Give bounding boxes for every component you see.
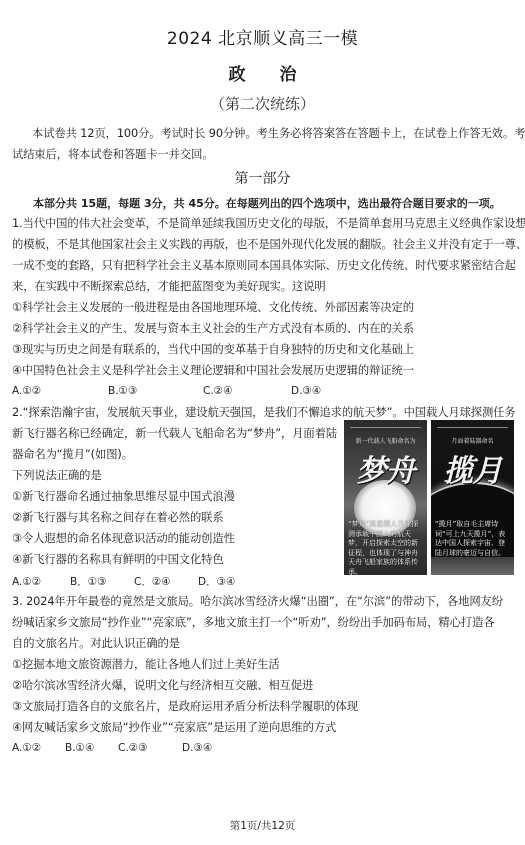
q1-stem-line: 一成不变的套路，只有把科学社会主义基本原则同本国具体实际、历史文化传统、时代要求…	[12, 259, 516, 273]
poster-body: “揽月”取自毛主席诗词“可上九天揽月”，表达中国人探索宇宙、登陆月球的豪迈与自信…	[435, 520, 510, 558]
q2-statement: ④新飞行器的名称具有鲜明的中国文化特色	[12, 553, 224, 567]
q1-choices: A.①②B.①③C.②④D.③④	[12, 385, 321, 397]
q2-stem-line: 2.“探索浩瀚宇宙，发展航天事业，建设航天强国，是我们不懈追求的航天梦”。中国载…	[12, 406, 516, 420]
poster-header: 月面着陆器命名	[431, 436, 514, 445]
subject-char-right: 治	[280, 60, 297, 85]
q2-stem-line: 新飞行器名称已经确定，新一代载人飞船命名为“梦舟”，月面着陆	[12, 427, 337, 441]
q2-statement: ③令人遐想的命名体现意识活动的能动创造性	[12, 532, 235, 546]
poster-divider	[350, 427, 421, 428]
subject-char-left: 政	[229, 60, 246, 85]
q1-choice-a: A.①②	[12, 385, 108, 397]
q1-statement: ④中国特色社会主义是科学社会主义理论逻辑和中国社会发展历史逻辑的辩证统一	[12, 364, 414, 378]
poster-mengzhou: 新一代载人飞船命名为 梦舟 “梦舟”寓意载人月球探测承载中国人的航天梦，开启探索…	[344, 420, 427, 575]
q3-statement: ③文旅局打造各自的文旅名片，是政府运用矛盾分析法科学履职的体现	[12, 700, 358, 714]
q1-statement: ③现实与历史之间是有联系的，当代中国的变革基于自身独特的历史和文化基础上	[12, 343, 414, 357]
q3-choice-a: A.①②	[12, 742, 65, 754]
q2-choice-a: A.①②	[12, 576, 70, 588]
q2-statement: ②新飞行器与其名称之间存在着必然的联系	[12, 511, 224, 525]
section-instructions: 本部分共 15题，每题 3分，共 45分。在每题列出的四个选项中，选出最符合题目…	[33, 195, 501, 211]
exam-title: 2024 北京顺义高三一模	[0, 24, 525, 49]
poster-lanyue: 月面着陆器命名 揽月 “揽月”取自毛主席诗词“可上九天揽月”，表达中国人探索宇宙…	[431, 420, 514, 575]
intro-line-2: 试结束后，将本试卷和答题卡一并交回。	[12, 148, 214, 162]
q2-statement: ①新飞行器命名通过抽象思维尽显中国式浪漫	[12, 490, 235, 504]
q2-choice-c: C．②④	[134, 574, 198, 589]
q3-statement: ①挖掘本地文旅资源潜力，能让各地人们过上美好生活	[12, 658, 280, 672]
intro-line-1: 本试卷共 12页，100分。考试时长 90分钟。考生务必将答案答在答题卡上，在试…	[32, 127, 525, 141]
poster-header: 新一代载人飞船命名为	[344, 436, 427, 445]
q3-choice-d: D.③④	[182, 742, 212, 754]
q2-figure: 新一代载人飞船命名为 梦舟 “梦舟”寓意载人月球探测承载中国人的航天梦，开启探索…	[344, 420, 514, 575]
q2-stem-line: 下列说法正确的是	[12, 469, 102, 483]
poster-title: 揽月	[431, 446, 514, 490]
q1-choice-c: C.②④	[203, 385, 291, 397]
q3-stem-line: 3. 2024年开年最卷的竟然是文旅局。哈尔滨冰雪经济火爆“出圈”，在“尔滨”的…	[12, 595, 503, 609]
q2-choice-b: B．①③	[70, 574, 134, 589]
poster-divider	[437, 427, 508, 428]
q2-stem-line: 器命名为“揽月”(如图)。	[12, 448, 133, 462]
q1-stem-line: 来，在实践中不断探索总结，才能把蓝图变为美好现实。这说明	[12, 280, 326, 294]
q3-choice-b: B.①④	[65, 742, 118, 754]
q2-choice-d: D．③④	[198, 574, 235, 589]
section-heading: 第一部分	[0, 168, 525, 188]
q3-statement: ④网友喊话家乡文旅局“抄作业”“亮家底”是运用了逆向思维的方式	[12, 721, 336, 735]
poster-title: 梦舟	[344, 446, 427, 490]
q1-stem-line: 1.当代中国的伟大社会变革，不是简单延续我国历史文化的母版，不是简单套用马克思主…	[12, 217, 525, 231]
page-indicator: 第1页/共12页	[0, 818, 525, 833]
poster-body: “梦舟”寓意载人月球探测承载中国人的航天梦，开启探索太空的新征程，也体现了与神舟…	[348, 520, 423, 575]
q1-statement: ②科学社会主义的产生、发展与资本主义社会的生产方式没有本质的、内在的关系	[12, 322, 414, 336]
subject-title: 政治	[0, 60, 525, 85]
q3-statement: ②哈尔滨冰雪经济火爆，说明文化与经济相互交融、相互促进	[12, 679, 313, 693]
q3-choices: A.①②B.①④C.②③D.③④	[12, 742, 212, 754]
q3-choice-c: C.②③	[118, 742, 182, 754]
q1-choice-b: B.①③	[108, 385, 203, 397]
q1-statement: ①科学社会主义发展的一般进程是由各国地理环境、文化传统、外部因素等决定的	[12, 301, 414, 315]
q1-stem-line: 的模板，不是其他国家社会主义实践的再版，也不是国外现代化发展的翻版。社会主义并没…	[12, 238, 525, 252]
exam-subtitle: （第二次统练）	[0, 93, 525, 114]
q1-choice-d: D.③④	[291, 385, 321, 397]
q3-stem-line: 纷喊话家乡文旅局“抄作业”“亮家底”，多地文旅主打一个“听劝”，纷纷出手加码布局…	[12, 616, 494, 630]
q3-stem-line: 自的文旅名片。对此认识正确的是	[12, 637, 180, 651]
q2-choices: A.①②B．①③C．②④D．③④	[12, 574, 235, 589]
lunar-surface-graphic	[431, 557, 514, 575]
